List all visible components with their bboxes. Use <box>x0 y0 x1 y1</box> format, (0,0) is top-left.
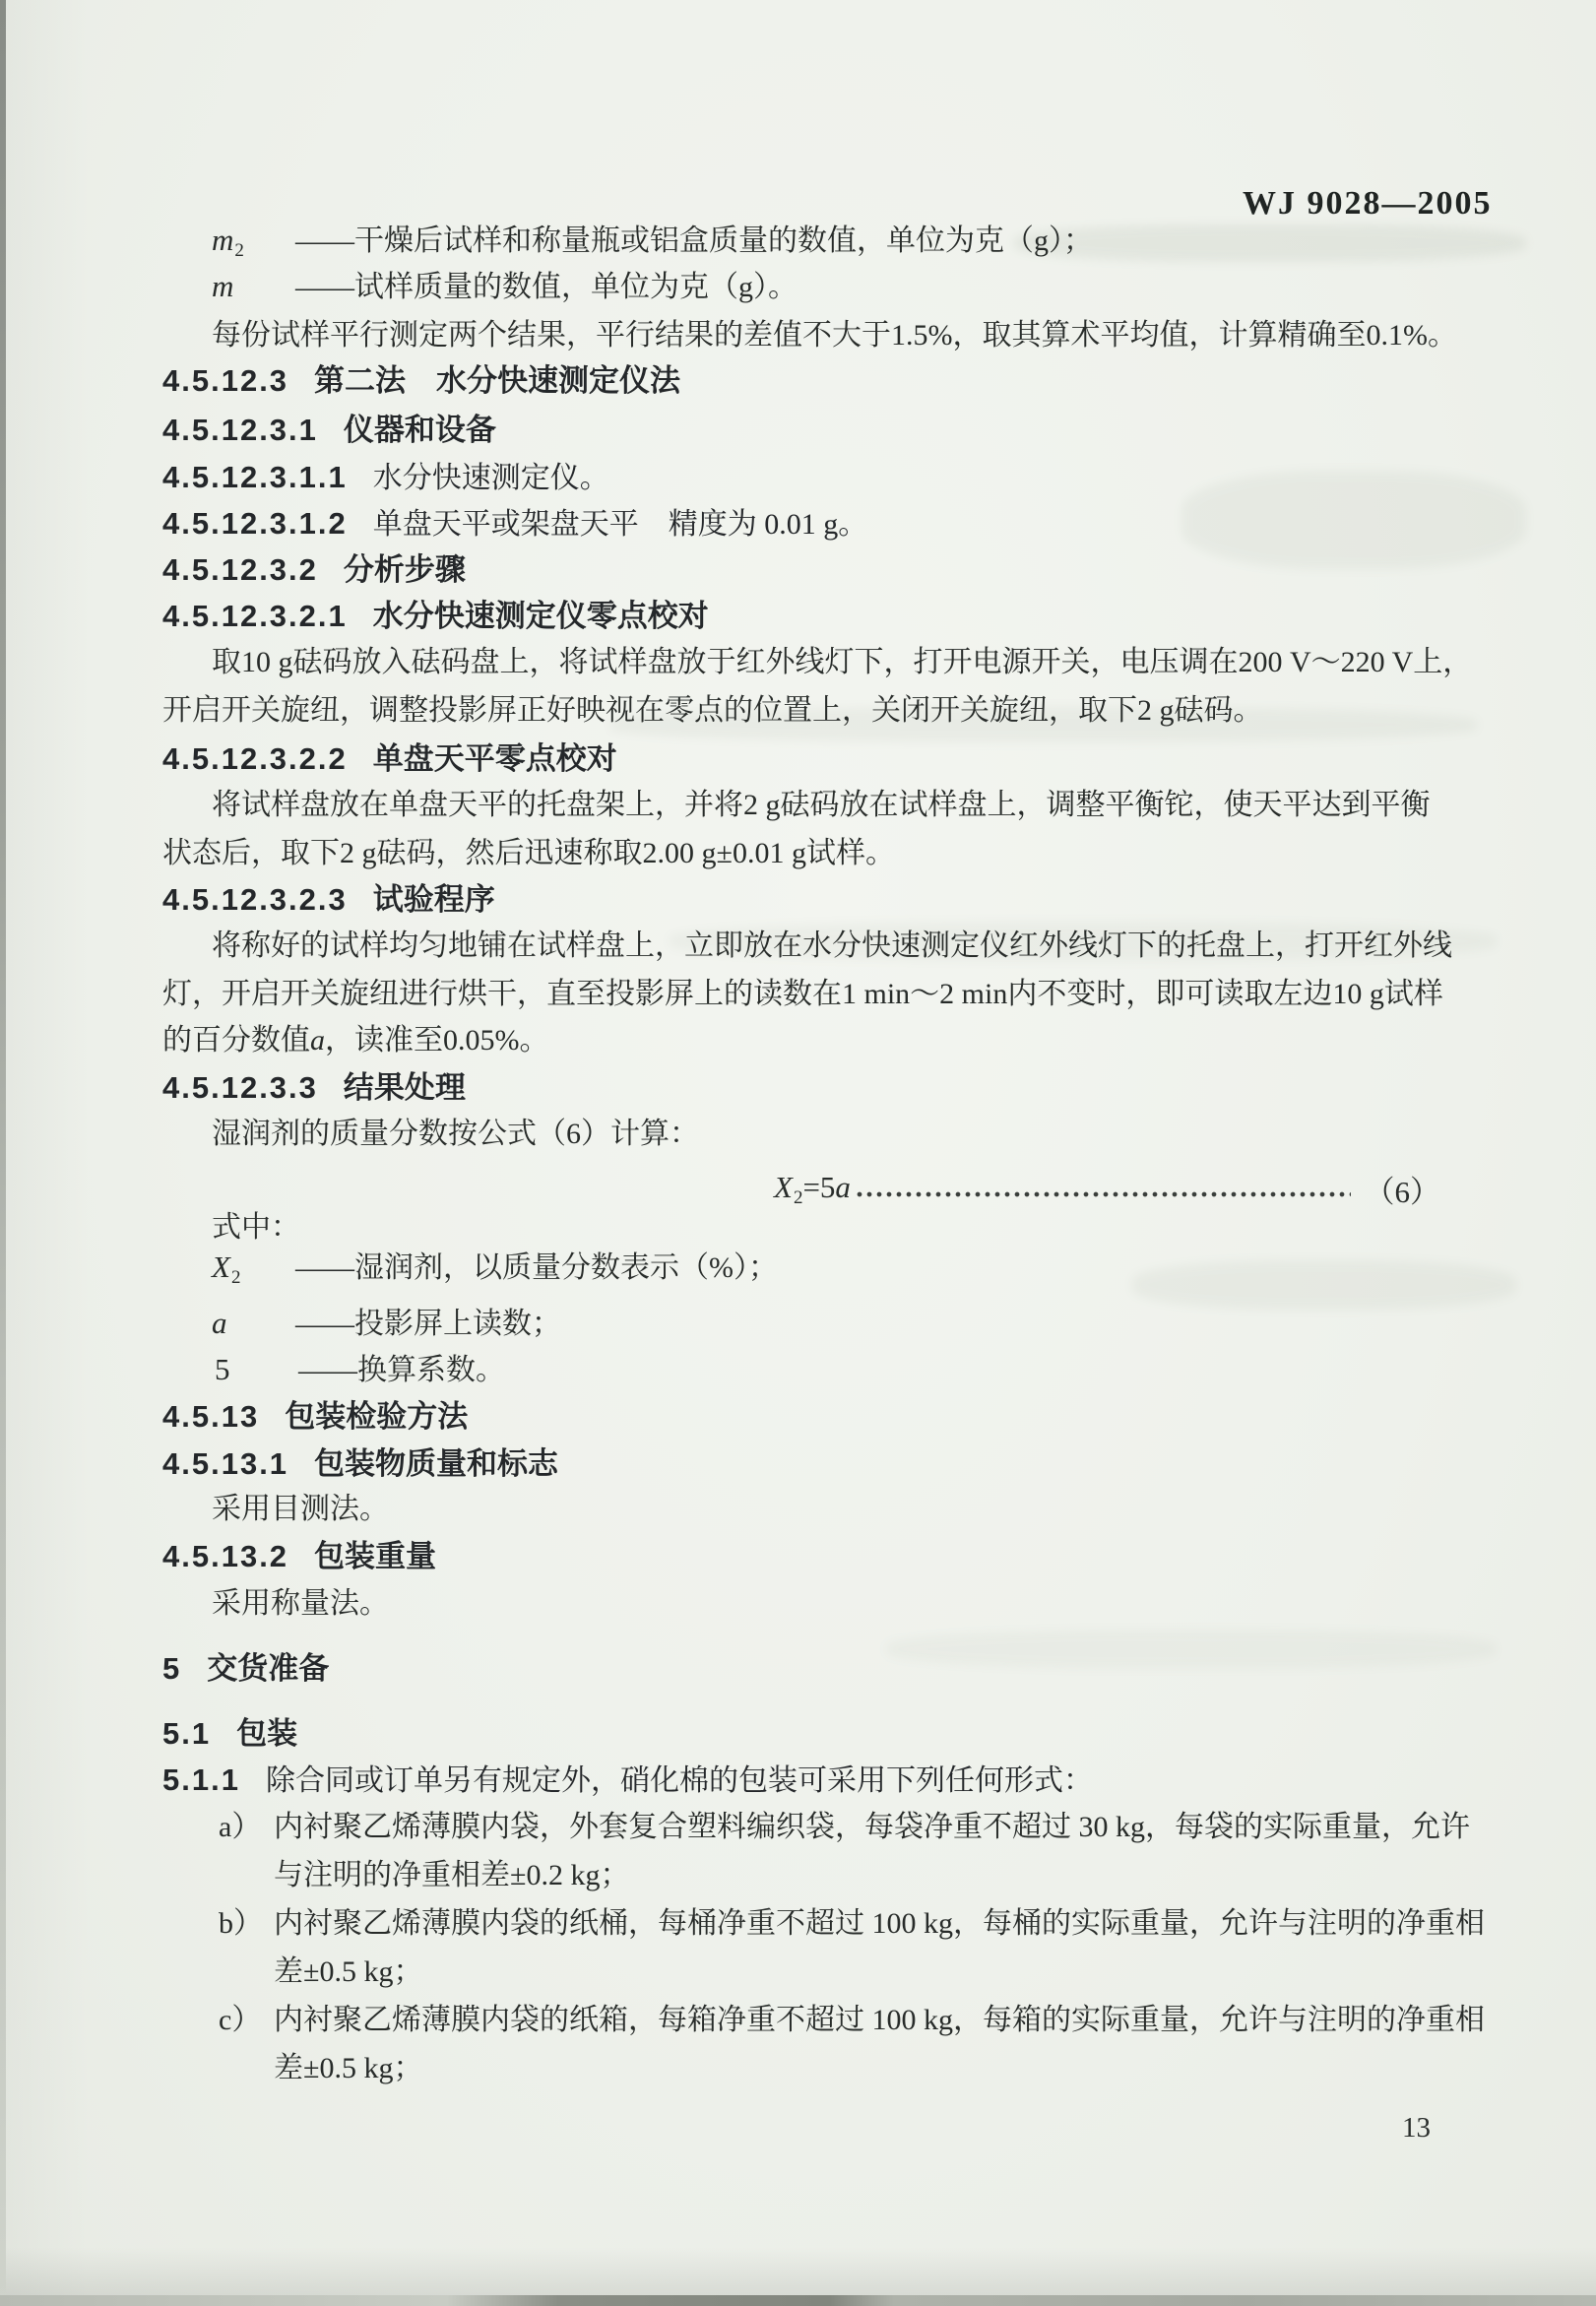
list-marker-b: b） <box>219 1904 274 1944</box>
page-number: 13 <box>1402 2112 1431 2145</box>
clause-4-5-12-3-3-heading: 4.5.12.3.3结果处理 <box>162 1068 466 1108</box>
list-item-c-continuation: 差±0.5 kg； <box>274 2049 422 2088</box>
symbol-m2: m2 <box>212 221 295 271</box>
dot-leader <box>857 1191 1351 1197</box>
clause-4-5-13-heading: 4.5.13包装检验方法 <box>162 1397 468 1437</box>
doc-code: WJ 9028—2005 <box>1243 185 1493 223</box>
scan-left-edge <box>0 0 6 2306</box>
list-marker-a: a） <box>219 1808 274 1847</box>
clause-4-5-13-1-heading: 4.5.13.1包装物质量和标志 <box>162 1444 558 1484</box>
paragraph-test-procedure-3: 的百分数值a，读准至0.05%。 <box>162 1021 549 1060</box>
symbol-5: 5 <box>215 1350 298 1389</box>
symbol-m: m <box>212 267 295 306</box>
page-curl-shadow <box>0 2247 1596 2295</box>
paragraph-formula-intro: 湿润剂的质量分数按公式（6）计算： <box>212 1115 699 1154</box>
definition-a: a——投影屏上读数； <box>212 1304 561 1344</box>
clause-4-5-12-3-2-1-heading: 4.5.12.3.2.1水分快速测定仪零点校对 <box>162 597 709 636</box>
clause-4-5-12-3-1-1: 4.5.12.3.1.1水分快速测定仪。 <box>162 458 609 498</box>
clause-4-5-12-3-2-3-heading: 4.5.12.3.2.3试验程序 <box>162 880 495 920</box>
bleed-through-artifact <box>1132 1260 1516 1310</box>
paragraph-parallel-results: 每份试样平行测定两个结果，平行结果的差值不大于1.5%，取其算术平均值，计算精确… <box>212 316 1457 355</box>
symbol-x2: X2 <box>212 1248 295 1298</box>
clause-4-5-12-3-heading: 4.5.12.3第二法 水分快速测定仪法 <box>162 361 680 401</box>
scanned-document-page: WJ 9028—2005 m2——干燥后试样和称量瓶或铝盒质量的数值，单位为克（… <box>0 0 1596 2306</box>
paragraph-weighing-method: 采用称量法。 <box>212 1584 389 1624</box>
paragraph-test-procedure-2: 灯，开启开关旋纽进行烘干，直至投影屏上的读数在1 min～2 min内不变时，即… <box>162 975 1443 1014</box>
paragraph-visual-method: 采用目测法。 <box>212 1490 389 1529</box>
paragraph-balance-calibration-1: 将试样盘放在单盘天平的托盘架上，并将2 g砝码放在试样盘上，调整平衡铊，使天平达… <box>212 786 1431 825</box>
definition-coefficient-5: 5——换算系数。 <box>215 1350 505 1390</box>
clause-4-5-12-3-1-heading: 4.5.12.3.1仪器和设备 <box>162 411 496 450</box>
definition-x2: X2——湿润剂，以质量分数表示（%）； <box>212 1248 778 1298</box>
bleed-through-artifact <box>886 1630 1497 1669</box>
scan-bottom-edge <box>0 2295 1596 2306</box>
clause-4-5-12-3-2-2-heading: 4.5.12.3.2.2单盘天平零点校对 <box>162 739 617 779</box>
clause-4-5-12-3-2-heading: 4.5.12.3.2分析步骤 <box>162 550 466 590</box>
paragraph-zero-calibration-1: 取10 g砝码放入砝码盘上，将试样盘放于红外线灯下，打开电源开关，电压调在200… <box>212 643 1472 682</box>
symbol-a: a <box>212 1304 295 1343</box>
list-marker-c: c） <box>219 2001 274 2040</box>
definition-m-text: ——试样质量的数值，单位为克（g）。 <box>295 271 798 303</box>
definition-m: m——试样质量的数值，单位为克（g）。 <box>212 267 798 307</box>
clause-5-1-heading: 5.1包装 <box>162 1714 297 1754</box>
chapter-5-heading: 5交货准备 <box>162 1649 329 1689</box>
list-item-b-continuation: 差±0.5 kg； <box>274 1953 422 1992</box>
formula-6: X2=5a （6） <box>774 1167 1440 1211</box>
paragraph-zero-calibration-2: 开启开关旋纽，调整投影屏正好映视在零点的位置上，关闭开关旋纽，取下2 g砝码。 <box>162 691 1263 731</box>
clause-5-1-1: 5.1.1除合同或订单另有规定外，硝化棉的包装可采用下列任何形式： <box>162 1761 1093 1801</box>
formula-equation-number: （6） <box>1365 1167 1441 1211</box>
definition-m2: m2——干燥后试样和称量瓶或铝盒质量的数值，单位为克（g）； <box>212 221 1093 271</box>
paragraph-where: 式中： <box>212 1208 300 1248</box>
list-item-c: c）内衬聚乙烯薄膜内袋的纸箱，每箱净重不超过 100 kg，每箱的实际重量，允许… <box>219 2001 1485 2040</box>
paragraph-balance-calibration-2: 状态后，取下2 g砝码，然后迅速称取2.00 g±0.01 g试样。 <box>162 834 895 873</box>
paragraph-test-procedure-1: 将称好的试样均匀地铺在试样盘上，立即放在水分快速测定仪红外线灯下的托盘上，打开红… <box>212 927 1452 966</box>
list-item-b: b）内衬聚乙烯薄膜内袋的纸桶，每桶净重不超过 100 kg，每桶的实际重量，允许… <box>219 1904 1485 1944</box>
list-item-a: a）内衬聚乙烯薄膜内袋，外套复合塑料编织袋，每袋净重不超过 30 kg，每袋的实… <box>219 1808 1470 1847</box>
clause-4-5-12-3-1-2: 4.5.12.3.1.2单盘天平或架盘天平 精度为 0.01 g。 <box>162 504 867 544</box>
bleed-through-artifact <box>1181 471 1526 569</box>
clause-4-5-13-2-heading: 4.5.13.2包装重量 <box>162 1537 436 1576</box>
formula-lhs: X2=5a <box>774 1170 851 1209</box>
definition-m2-text: ——干燥后试样和称量瓶或铝盒质量的数值，单位为克（g）； <box>295 224 1093 257</box>
list-item-a-continuation: 与注明的净重相差±0.2 kg； <box>274 1856 629 1895</box>
